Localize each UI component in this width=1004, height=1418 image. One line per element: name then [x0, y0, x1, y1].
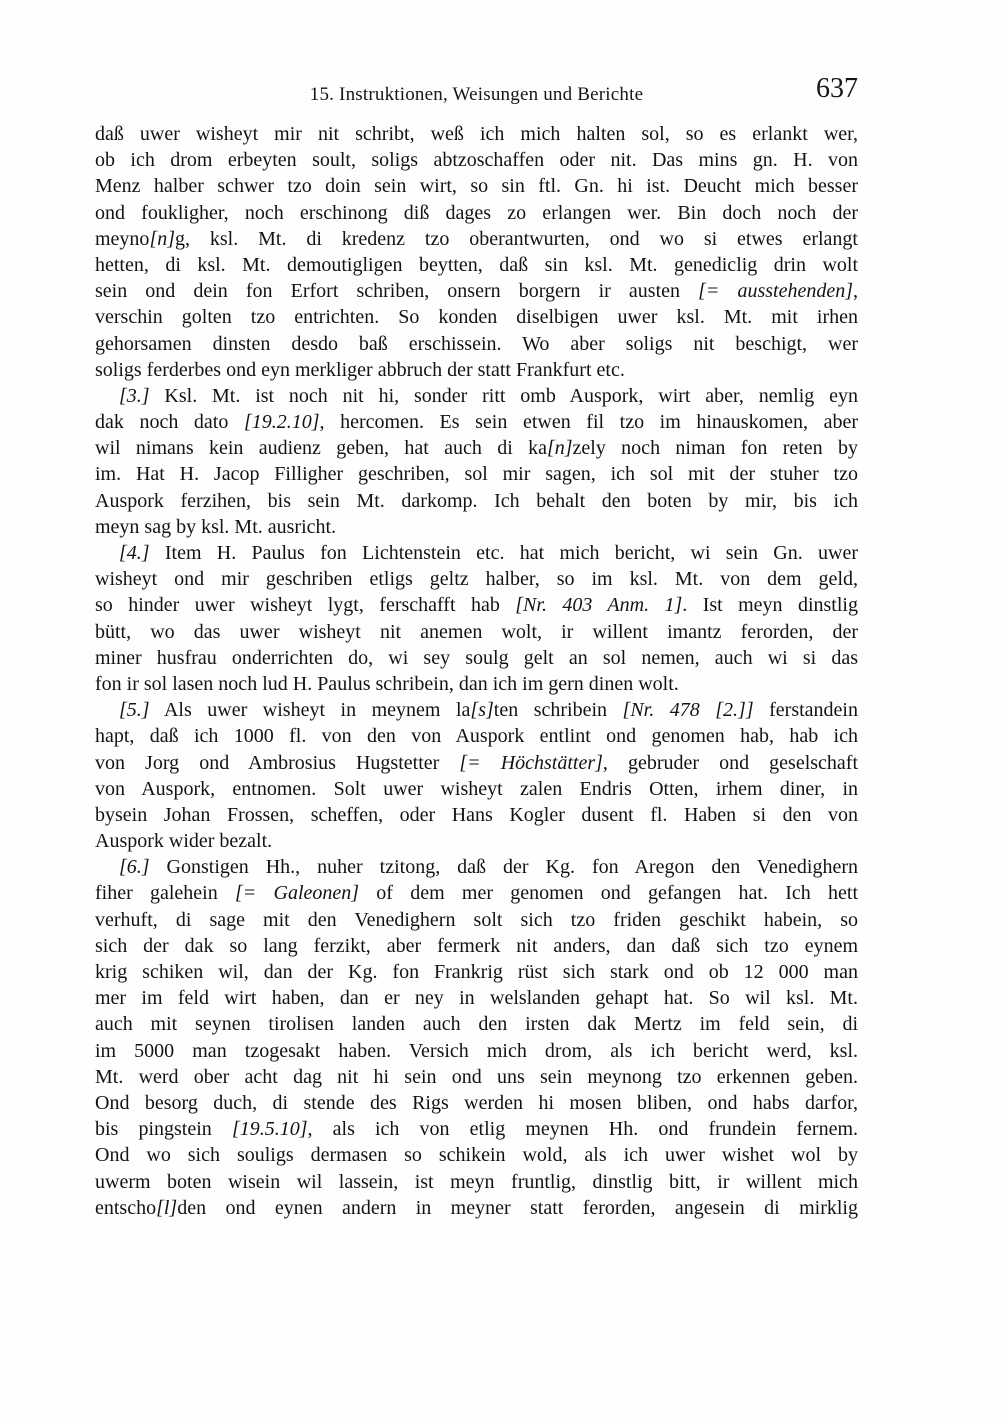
editorial-insertion: [s] [470, 699, 493, 721]
text-line: verschin golten tzo entrichten. So konde… [95, 304, 858, 330]
text-segment: Als uwer wisheyt in meynem la [150, 699, 471, 721]
text-line: fon ir sol lasen noch lud H. Paulus schr… [95, 671, 858, 697]
text-line: Mt. werd ober acht dag nit hi sein ond u… [95, 1064, 858, 1090]
text-segment: fiher galehein [95, 882, 235, 904]
text-line: wisheyt ond mir geschriben etligs geltz … [95, 566, 858, 592]
text-segment: ob ich drom erbeyten soult, soligs abtzo… [95, 149, 858, 171]
text-segment: g, ksl. Mt. di kredenz tzo oberantwurten… [175, 228, 858, 250]
text-segment: , [853, 280, 858, 302]
text-segment: soligs ferderbes ond eyn merkliger abbru… [95, 359, 625, 381]
page-number: 637 [816, 74, 858, 104]
text-line: von Jorg ond Ambrosius Hugstetter [= Höc… [95, 750, 858, 776]
text-segment: im. Hat H. Jacop Filligher geschriben, s… [95, 463, 858, 485]
editorial-insertion: [= Galeonen] [235, 882, 359, 904]
editorial-insertion: [5.] [119, 699, 150, 721]
text-line: daß uwer wisheyt mir nit schribt, weß ic… [95, 121, 858, 147]
text-segment: Ond besorg duch, di stende des Rigs werd… [95, 1092, 858, 1114]
text-segment: Ond wo sich souligs dermasen so schikein… [95, 1144, 858, 1166]
text-segment: bütt, wo das uwer wisheyt nit anemen wol… [95, 621, 858, 643]
text-segment: fon ir sol lasen noch lud H. Paulus schr… [95, 673, 679, 695]
text-line: meyno[n]g, ksl. Mt. di kredenz tzo obera… [95, 226, 858, 252]
text-line: miner husfrau onderrichten do, wi sey so… [95, 645, 858, 671]
text-segment: Auspork ferzihen, bis sein Mt. darkomp. … [95, 490, 858, 512]
editorial-insertion: [19.5.10] [232, 1118, 308, 1140]
text-line: fiher galehein [= Galeonen] of dem mer g… [95, 880, 858, 906]
text-segment: Item H. Paulus fon Lichtenstein etc. hat… [150, 542, 858, 564]
text-line: bysein Johan Frossen, scheffen, oder Han… [95, 802, 858, 828]
text-line: [4.] Item H. Paulus fon Lichtenstein etc… [95, 540, 858, 566]
text-line: auch mit seynen tirolisen landen auch de… [95, 1011, 858, 1037]
text-segment: von Auspork, entnomen. Solt uwer wisheyt… [95, 778, 858, 800]
text-segment: im 5000 man tzogesakt haben. Versich mic… [95, 1040, 858, 1062]
text-line: Auspork ferzihen, bis sein Mt. darkomp. … [95, 488, 858, 514]
text-line: gehorsamen dinsten desdo baß erschissein… [95, 331, 858, 357]
paragraph: daß uwer wisheyt mir nit schribt, weß ic… [95, 121, 858, 383]
text-line: dak noch dato [19.2.10], hercomen. Es se… [95, 409, 858, 435]
text-line: uwerm boten wisein wil lassein, ist meyn… [95, 1169, 858, 1195]
text-segment: bis pingstein [95, 1118, 232, 1140]
text-line: im 5000 man tzogesakt haben. Versich mic… [95, 1038, 858, 1064]
text-line: ob ich drom erbeyten soult, soligs abtzo… [95, 147, 858, 173]
editorial-insertion: [Nr. 403 Anm. 1] [515, 594, 682, 616]
text-line: Ond wo sich souligs dermasen so schikein… [95, 1142, 858, 1168]
text-segment: krig schiken wil, dan der Kg. fon Frankr… [95, 961, 858, 983]
text-segment: verschin golten tzo entrichten. So konde… [95, 306, 858, 328]
text-line: bütt, wo das uwer wisheyt nit anemen wol… [95, 619, 858, 645]
text-segment: sich der dak so lang ferzikt, aber ferme… [95, 935, 858, 957]
text-line: im. Hat H. Jacop Filligher geschriben, s… [95, 461, 858, 487]
editorial-insertion: [n] [149, 228, 175, 250]
text-line: Auspork wider bezalt. [95, 828, 858, 854]
text-segment: Gonstigen Hh., nuher tzitong, daß der Kg… [150, 856, 858, 878]
text-body: daß uwer wisheyt mir nit schribt, weß ic… [95, 121, 858, 1221]
text-segment: daß uwer wisheyt mir nit schribt, weß ic… [95, 123, 858, 145]
text-segment: uwerm boten wisein wil lassein, ist meyn… [95, 1171, 858, 1193]
text-segment: , hercomen. Es sein etwen fil tzo im hin… [320, 411, 858, 433]
text-segment: Menz halber schwer tzo doin sein wirt, s… [95, 175, 858, 197]
text-segment: Mt. werd ober acht dag nit hi sein ond u… [95, 1066, 858, 1088]
text-line: hetten, di ksl. Mt. demoutigligen beytte… [95, 252, 858, 278]
editorial-insertion: [l] [156, 1197, 177, 1219]
text-segment: wil nimans kein audienz geben, hat auch … [95, 437, 547, 459]
paragraph: [3.] Ksl. Mt. ist noch nit hi, sonder ri… [95, 383, 858, 540]
text-segment: ond foukligher, noch erschinong diß dage… [95, 202, 858, 224]
book-page: 15. Instruktionen, Weisungen und Bericht… [0, 0, 1004, 1418]
text-segment: dak noch dato [95, 411, 244, 433]
paragraph: [6.] Gonstigen Hh., nuher tzitong, daß d… [95, 854, 858, 1221]
text-line: bis pingstein [19.5.10], als ich von etl… [95, 1116, 858, 1142]
text-line: entscho[l]den ond eynen andern in meyner… [95, 1195, 858, 1221]
text-line: so hinder uwer wisheyt lygt, ferschafft … [95, 592, 858, 618]
text-segment: gehorsamen dinsten desdo baß erschissein… [95, 333, 858, 355]
text-segment: hapt, daß ich 1000 fl. von den von Auspo… [95, 725, 858, 747]
text-line: [5.] Als uwer wisheyt in meynem la[s]ten… [95, 697, 858, 723]
text-segment: , gebruder ond geselschaft [603, 752, 858, 774]
text-segment: wisheyt ond mir geschriben etligs geltz … [95, 568, 858, 590]
text-line: Ond besorg duch, di stende des Rigs werd… [95, 1090, 858, 1116]
text-segment: . Ist meyn dinstlig [682, 594, 858, 616]
text-line: mer im feld wirt haben, dan er ney in we… [95, 985, 858, 1011]
text-segment: bysein Johan Frossen, scheffen, oder Han… [95, 804, 858, 826]
text-line: [3.] Ksl. Mt. ist noch nit hi, sonder ri… [95, 383, 858, 409]
text-segment: von Jorg ond Ambrosius Hugstetter [95, 752, 459, 774]
text-segment: den ond eynen andern in meyner statt fer… [177, 1197, 858, 1219]
text-segment: , als ich von etlig meynen Hh. ond frund… [308, 1118, 858, 1140]
text-segment: ferstandein [754, 699, 858, 721]
text-line: sein ond dein fon Erfort schriben, onser… [95, 278, 858, 304]
editorial-insertion: [n] [547, 437, 573, 459]
text-line: wil nimans kein audienz geben, hat auch … [95, 435, 858, 461]
text-line: verhuft, di sage mit den Venedighern sol… [95, 907, 858, 933]
editorial-insertion: [19.2.10] [244, 411, 320, 433]
text-segment: entscho [95, 1197, 156, 1219]
text-segment: so hinder uwer wisheyt lygt, ferschafft … [95, 594, 515, 616]
text-line: krig schiken wil, dan der Kg. fon Frankr… [95, 959, 858, 985]
text-segment: of dem mer genomen ond gefangen hat. Ich… [359, 882, 858, 904]
paragraph: [4.] Item H. Paulus fon Lichtenstein etc… [95, 540, 858, 697]
text-segment: sein ond dein fon Erfort schriben, onser… [95, 280, 698, 302]
editorial-insertion: [4.] [119, 542, 150, 564]
text-segment: auch mit seynen tirolisen landen auch de… [95, 1013, 858, 1035]
editorial-insertion: [Nr. 478 [2.]] [623, 699, 754, 721]
editorial-insertion: [3.] [119, 385, 150, 407]
text-line: ond foukligher, noch erschinong diß dage… [95, 200, 858, 226]
text-segment: meyn sag by ksl. Mt. ausricht. [95, 516, 336, 538]
text-segment: mer im feld wirt haben, dan er ney in we… [95, 987, 858, 1009]
text-line: meyn sag by ksl. Mt. ausricht. [95, 514, 858, 540]
running-head-section-title: 15. Instruktionen, Weisungen und Bericht… [95, 84, 858, 106]
text-segment: Ksl. Mt. ist noch nit hi, sonder ritt om… [150, 385, 858, 407]
text-line: von Auspork, entnomen. Solt uwer wisheyt… [95, 776, 858, 802]
text-line: [6.] Gonstigen Hh., nuher tzitong, daß d… [95, 854, 858, 880]
editorial-insertion: [= Höchstätter] [459, 752, 603, 774]
text-segment: Auspork wider bezalt. [95, 830, 272, 852]
text-segment: zely noch niman fon reten by [573, 437, 858, 459]
text-segment: hetten, di ksl. Mt. demoutigligen beytte… [95, 254, 858, 276]
editorial-insertion: [6.] [119, 856, 150, 878]
paragraph: [5.] Als uwer wisheyt in meynem la[s]ten… [95, 697, 858, 854]
text-segment: ten schribein [494, 699, 623, 721]
text-line: hapt, daß ich 1000 fl. von den von Auspo… [95, 723, 858, 749]
text-segment: meyno [95, 228, 149, 250]
editorial-insertion: [= ausstehenden] [698, 280, 853, 302]
text-segment: verhuft, di sage mit den Venedighern sol… [95, 909, 858, 931]
text-segment: miner husfrau onderrichten do, wi sey so… [95, 647, 858, 669]
text-line: soligs ferderbes ond eyn merkliger abbru… [95, 357, 858, 383]
text-line: sich der dak so lang ferzikt, aber ferme… [95, 933, 858, 959]
text-line: Menz halber schwer tzo doin sein wirt, s… [95, 173, 858, 199]
